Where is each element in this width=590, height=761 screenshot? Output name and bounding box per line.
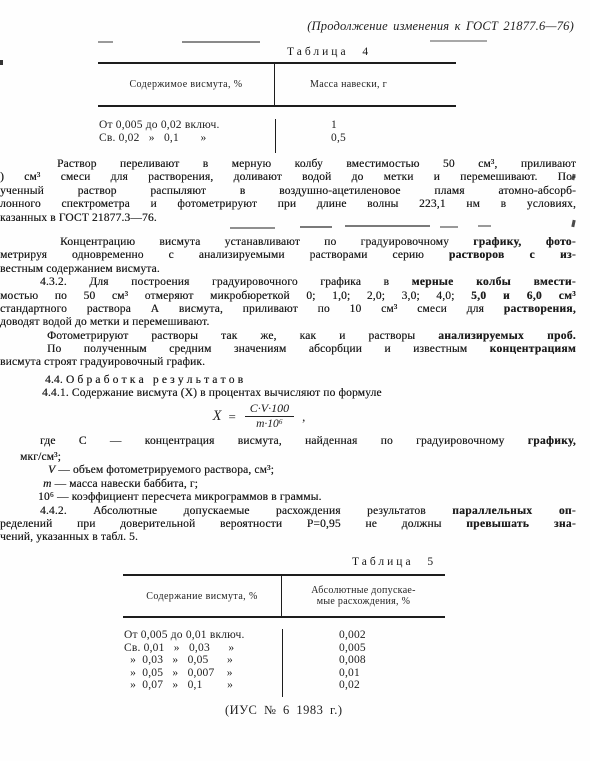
scan-artifact	[98, 41, 113, 43]
text-line: По полученным средним значениям абсорбци…	[0, 343, 576, 356]
text-line: 4.3.2. Для построения градуировочного гр…	[0, 276, 576, 289]
table5-value-column: 0,002 0,005 0,008 0,01 0,02	[283, 629, 445, 697]
table-cell-range: От 0,005 до 0,02 включ.	[99, 119, 275, 132]
formula-comma: ,	[302, 409, 305, 425]
table4-range-column: От 0,005 до 0,02 включ. Св. 0,02 » 0,1 »	[98, 119, 276, 153]
section-heading: 4.4. О б р а б о т к а р е з у л ь т а т…	[0, 374, 576, 387]
text-line: Раствор переливают в мерную колбу вмести…	[0, 158, 576, 171]
text-line: 4.4.2. Абсолютные допускаемые расхождени…	[0, 505, 576, 518]
table-cell-value: 0,002	[339, 629, 445, 642]
table-cell-range: » 0,05 » 0,007 »	[124, 667, 282, 680]
text-line: вестным содержанием висмута.	[0, 263, 576, 276]
table5-range-column: От 0,005 до 0,01 включ. Св. 0,01 » 0,03 …	[123, 629, 283, 697]
text-line: чений, указанных в табл. 5.	[0, 531, 576, 544]
table4-body: От 0,005 до 0,02 включ. Св. 0,02 » 0,1 »…	[98, 107, 456, 153]
table-cell-value: 1	[331, 119, 456, 132]
table4-value-column: 1 0,5	[276, 119, 456, 153]
fraction-denominator: m·10⁶	[245, 417, 294, 431]
formula-lhs: X	[213, 408, 222, 425]
table-cell-range: Св. 0,01 » 0,03 »	[124, 642, 282, 655]
table4-col1-header: Содержимое висмута, %	[98, 64, 275, 105]
table4: Содержимое висмута, % Масса навески, г О…	[98, 62, 456, 153]
table-cell-value: 0,5	[331, 132, 456, 145]
text-line: m — масса навески баббита, г;	[0, 478, 576, 491]
table5-col2-header-line1: Абсолютные допускае-	[311, 585, 416, 596]
table4-col2-header-text: Масса навески, г	[310, 79, 387, 90]
text-line: стандартного раствора А висмута, прилива…	[0, 303, 576, 316]
table-cell-range: » 0,07 » 0,1 »	[124, 679, 282, 692]
table-cell-value: 0,005	[339, 642, 445, 655]
table-cell-value: 0,01	[339, 667, 445, 680]
text-line: мостью по 50 см³ отмеряют микробюреткой …	[0, 290, 576, 303]
text-line: лонного спектрометра и фотометрируют при…	[0, 198, 576, 211]
table-cell-range: Св. 0,02 » 0,1 »	[99, 132, 275, 145]
table5-body: От 0,005 до 0,01 включ. Св. 0,01 » 0,03 …	[123, 618, 445, 697]
equals-sign: =	[228, 409, 235, 425]
text-line: ученный раствор распыляют в воздушно-аце…	[0, 185, 576, 198]
text-line: Концентрацию висмута устанавливают по гр…	[0, 236, 576, 249]
text-line: метрируя одновременно с анализируемыми р…	[0, 249, 576, 262]
table5-col1-header: Содержание висмута, %	[123, 576, 282, 616]
text-line: где С — концентрация висмута, найденная …	[0, 435, 576, 448]
scan-artifact	[430, 40, 487, 42]
footer-note: (ИУС № 6 1983 г.)	[225, 703, 343, 718]
text-line: казанных в ГОСТ 21877.3—76.	[0, 212, 576, 225]
table5: Содержание висмута, % Абсолютные допуска…	[123, 574, 445, 697]
table-cell-range: » 0,03 » 0,05 »	[124, 654, 282, 667]
text-line: V — объем фотометрируемого раствора, см³…	[0, 464, 576, 477]
fraction: C·V·100 m·10⁶	[245, 402, 294, 431]
formula: X = C·V·100 m·10⁶ ,	[0, 402, 576, 432]
document-page: (Продолжение изменения к ГОСТ 21877.6—76…	[0, 0, 590, 761]
table-cell-value: 0,02	[339, 679, 445, 692]
table4-header-row: Содержимое висмута, % Масса навески, г	[98, 64, 456, 107]
text-line: 10⁶ — коэффициент пересчета микрограммов…	[0, 491, 576, 504]
table5-header-row: Содержание висмута, % Абсолютные допуска…	[123, 576, 445, 618]
text-line: доводят водой до метки и перемешивают.	[0, 316, 576, 329]
text-line: ) см³ смеси для растворения, доливают во…	[0, 171, 576, 184]
scan-artifact	[182, 41, 260, 43]
fraction-numerator: C·V·100	[245, 402, 294, 417]
table5-caption: Таблица 5	[352, 556, 436, 568]
table4-caption: Таблица 4	[287, 46, 371, 58]
text-line: Фотометрируют растворы так же, как и рас…	[0, 330, 576, 343]
table4-col2-header: Масса навески, г	[275, 64, 456, 105]
header-note: (Продолжение изменения к ГОСТ 21877.6—76…	[0, 19, 574, 34]
body-text: Раствор переливают в мерную колбу вмести…	[0, 158, 576, 545]
text-line: 4.4.1. Содержание висмута (X) в процента…	[0, 387, 576, 400]
text-line: висмута строят градуировочный график.	[0, 356, 576, 369]
table-cell-value: 0,008	[339, 654, 445, 667]
scan-artifact	[0, 60, 3, 65]
text-line: мкг/см³;	[0, 451, 576, 464]
table-cell-range: От 0,005 до 0,01 включ.	[124, 629, 282, 642]
table5-col2-header: Абсолютные допускае- мые расхождения, %	[282, 576, 445, 616]
text-line: ределений при доверительной вероятности …	[0, 518, 576, 531]
table5-col2-header-line2: мые расхождения, %	[317, 596, 411, 607]
